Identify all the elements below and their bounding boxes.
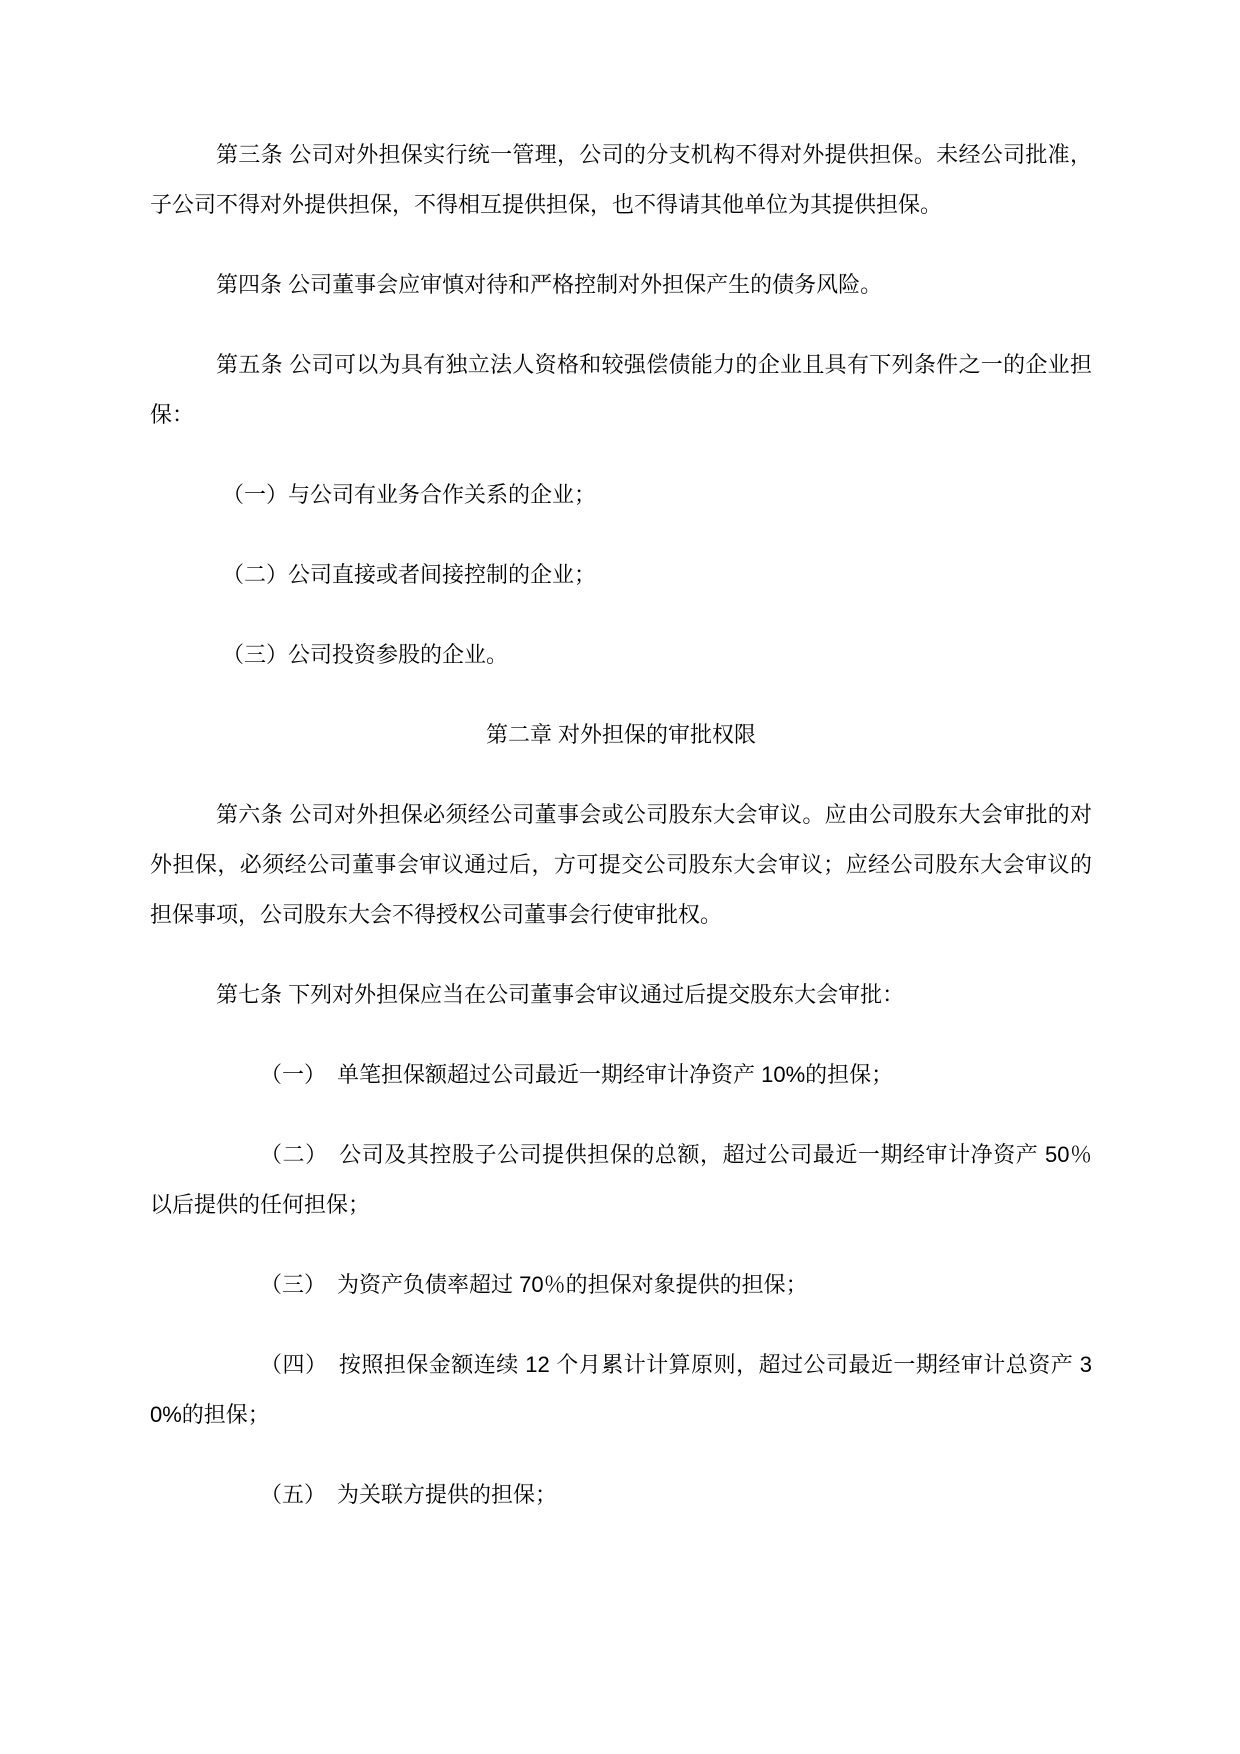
list-item: （三） 为资产负债率超过 70％的担保对象提供的担保； (150, 1260, 1092, 1310)
article-paragraph: 第三条 公司对外担保实行统一管理，公司的分支机构不得对外提供担保。未经公司批准，… (150, 130, 1092, 230)
list-item: （一） 单笔担保额超过公司最近一期经审计净资产 10%的担保； (150, 1050, 1092, 1100)
chapter-heading: 第二章 对外担保的审批权限 (150, 710, 1092, 760)
list-item: （四） 按照担保金额连续 12 个月累计计算原则，超过公司最近一期经审计总资产 … (150, 1340, 1092, 1440)
article-paragraph: 第四条 公司董事会应审慎对待和严格控制对外担保产生的债务风险。 (150, 260, 1092, 310)
list-item: （二）公司直接或者间接控制的企业； (150, 550, 1092, 600)
article-paragraph: 第五条 公司可以为具有独立法人资格和较强偿债能力的企业且具有下列条件之一的企业担… (150, 340, 1092, 440)
article-paragraph: 第七条 下列对外担保应当在公司董事会审议通过后提交股东大会审批： (150, 970, 1092, 1020)
article-paragraph: 第六条 公司对外担保必须经公司董事会或公司股东大会审议。应由公司股东大会审批的对… (150, 790, 1092, 940)
list-item: （二） 公司及其控股子公司提供担保的总额，超过公司最近一期经审计净资产 50％以… (150, 1130, 1092, 1230)
list-item: （三）公司投资参股的企业。 (150, 630, 1092, 680)
list-item: （一）与公司有业务合作关系的企业； (150, 470, 1092, 520)
list-item: （五） 为关联方提供的担保； (150, 1470, 1092, 1520)
document-page: 第三条 公司对外担保实行统一管理，公司的分支机构不得对外提供担保。未经公司批准，… (0, 0, 1240, 1754)
